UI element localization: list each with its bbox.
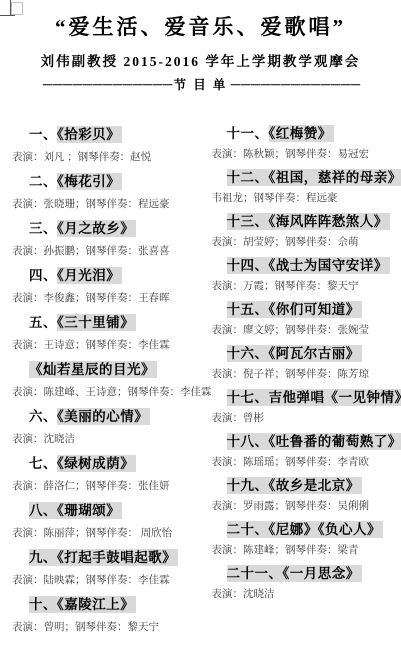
song-title-line: 十二、《祖国，慈祥的母亲》	[212, 166, 401, 189]
song-title-line: 二十、《尼娜》《负心人》	[212, 518, 401, 541]
song-number: 十一、	[227, 126, 269, 141]
program-entry: 十七、吉他弹唱《一见钟情》 表演：曾彬	[212, 386, 401, 430]
program-entry: 八、《珊瑚颂》 表演：陈丽萍；钢琴伴奏： 周欣怡	[12, 498, 203, 545]
performer-line: 韦祖龙；钢琴伴奏：程远豪	[212, 189, 401, 209]
section-divider: －－－－－－－－－－－－－节 目 单－－－－－－－－－－－－－	[0, 77, 401, 93]
performer-line: 表演：倪子祥；钢琴伴奏：陈芳琼	[212, 365, 401, 385]
song-title-line: 八、《珊瑚颂》	[12, 498, 203, 523]
song-title: 十五、《你们可知道》	[227, 301, 362, 318]
program-entry: 九、《打起手鼓唱起歌》 表演：陆映霖；钢琴伴奏：李佳霖	[12, 545, 203, 592]
song-number: 七、	[29, 456, 57, 471]
song-title-line: 十八、《吐鲁番的葡萄熟了》	[212, 430, 401, 453]
performer-line: 表演：陈建峰；钢琴伴奏：梁青	[212, 541, 401, 561]
song-title-line: 十四、《战士为国守安详》	[212, 254, 401, 277]
program-entry: 二、《梅花引》 表演：张晓珊；钢琴伴奏：程远豪	[12, 169, 203, 216]
song-title: 《梅花引》	[57, 173, 122, 190]
performer-line: 表演：罗雨露；钢琴伴奏：吴俐俐	[212, 497, 401, 517]
song-title-line: 十一、《红梅赞》	[212, 122, 401, 145]
song-number: 六、	[29, 409, 57, 424]
song-title-line: 十五、《你们可知道》	[212, 298, 401, 321]
program-entry: 二十、《尼娜》《负心人》 表演：陈建峰；钢琴伴奏：梁青	[212, 518, 401, 562]
song-title: 八、《珊瑚颂》	[29, 502, 122, 519]
song-title: 《三十里铺》	[57, 314, 136, 331]
performer-line: 表演：孙振鹏；钢琴伴奏：张喜喜	[12, 241, 203, 262]
program-entry: 十八、《吐鲁番的葡萄熟了》 表演：陈瑶瑶；钢琴伴奏：李青欧	[212, 430, 401, 474]
table-corner-hline	[0, 15, 15, 16]
song-title: 十六、《阿瓦尔古丽》	[227, 345, 362, 362]
performer-line: 表演：陈秋颖；钢琴伴奏：易冠宏	[212, 145, 401, 165]
performer-line: 表演：陈建峰、王诗意；钢琴伴奏：李佳霖	[12, 382, 203, 403]
song-title: 二十一、《一月思念》	[227, 565, 362, 582]
song-title-line: 九、《打起手鼓唱起歌》	[12, 545, 203, 570]
song-title-line: 四、《月光泪》	[12, 263, 203, 288]
song-title: 《红梅赞》	[269, 125, 334, 142]
song-title: 《月之故乡》	[57, 220, 136, 237]
program-column-left: 一、《拾彩贝》 表演：刘凡 ；钢琴伴奏：赵悦 二、《梅花引》 表演：张晓珊；钢琴…	[0, 122, 203, 639]
performer-line: 表演：陈丽萍；钢琴伴奏： 周欣怡	[12, 523, 203, 544]
song-title-line: 《灿若星辰的目光》	[12, 357, 203, 382]
program-entry: 二十一、《一月思念》 表演：沈晓洁	[212, 562, 401, 606]
song-title-line: 六、《美丽的心情》	[12, 404, 203, 429]
song-title: 十八、《吐鲁番的葡萄熟了》	[227, 433, 401, 450]
song-title-line: 七、《绿树成荫》	[12, 451, 203, 476]
song-title-line: 二十一、《一月思念》	[212, 562, 401, 585]
performer-line: 表演：曾彬	[212, 409, 401, 429]
song-title-line: 十六、《阿瓦尔古丽》	[212, 342, 401, 365]
song-number: 一、	[29, 127, 57, 142]
table-corner-box	[11, 2, 23, 15]
program-column-right: 十一、《红梅赞》 表演：陈秋颖；钢琴伴奏：易冠宏 十二、《祖国，慈祥的母亲》 韦…	[203, 122, 401, 639]
performer-line: 表演：张晓珊；钢琴伴奏：程远豪	[12, 194, 203, 215]
program-page: “爱生活、爱音乐、爱歌唱” 刘伟副教授 2015-2016 学年上学期教学观摩会…	[0, 0, 401, 653]
song-number: 四、	[29, 268, 57, 283]
song-title-line: 十三、《海风阵阵愁煞人》	[212, 210, 401, 233]
performer-line: 表演：李俊鑫；钢琴伴奏：王春晖	[12, 288, 203, 309]
performer-line: 表演：沈晓洁	[12, 429, 203, 450]
song-title-line: 三、《月之故乡》	[12, 216, 203, 241]
song-number: 五、	[29, 315, 57, 330]
program-entry: 十、《嘉陵江上》 表演：曾明；钢琴伴奏：黎天宁	[12, 592, 203, 639]
song-number: 三、	[29, 221, 57, 236]
program-entry: 四、《月光泪》 表演：李俊鑫；钢琴伴奏：王春晖	[12, 263, 203, 310]
performer-line: 表演：刘凡 ；钢琴伴奏：赵悦	[12, 147, 203, 168]
song-title-line: 十九、《故乡是北京》	[212, 474, 401, 497]
performer-line: 表演：胡莹婷；钢琴伴奏：佘萌	[212, 233, 401, 253]
program-entry: 六、《美丽的心情》 表演：沈晓洁	[12, 404, 203, 451]
program-entry: 十三、《海风阵阵愁煞人》 表演：胡莹婷；钢琴伴奏：佘萌	[212, 210, 401, 254]
song-title: 九、《打起手鼓唱起歌》	[29, 549, 178, 566]
song-title: 《拾彩贝》	[57, 126, 122, 143]
song-title: 二十、《尼娜》《负心人》	[227, 521, 384, 538]
program-entry: 三、《月之故乡》 表演：孙振鹏；钢琴伴奏：张喜喜	[12, 216, 203, 263]
performer-line: 表演：陈瑶瑶；钢琴伴奏：李青欧	[212, 453, 401, 473]
performer-line: 表演：王诗意；钢琴伴奏：李佳霖	[12, 335, 203, 356]
song-title: 《美丽的心情》	[57, 408, 150, 425]
song-number: 二、	[29, 174, 57, 189]
program-entry: 十六、《阿瓦尔古丽》 表演：倪子祥；钢琴伴奏：陈芳琼	[212, 342, 401, 386]
performer-line: 表演：沈晓洁	[212, 585, 401, 605]
program-entry: 七、《绿树成荫》 表演：薛洛仁；钢琴伴奏：张佳妍	[12, 451, 203, 498]
table-corner-handle-icon	[0, 0, 26, 18]
song-title: 《绿树成荫》	[57, 455, 136, 472]
program-entry: 五、《三十里铺》 表演：王诗意；钢琴伴奏：李佳霖	[12, 310, 203, 357]
divider-dashes-left: －－－－－－－－－－－－－	[42, 78, 172, 92]
performer-line: 表演：曾明；钢琴伴奏：黎天宁	[12, 617, 203, 638]
program-columns: 一、《拾彩贝》 表演：刘凡 ；钢琴伴奏：赵悦 二、《梅花引》 表演：张晓珊；钢琴…	[0, 122, 401, 639]
program-entry: 十四、《战士为国守安详》 表演：万霞；钢琴伴奏：黎天宁	[212, 254, 401, 298]
program-entry: 十九、《故乡是北京》 表演：罗雨露；钢琴伴奏：吴俐俐	[212, 474, 401, 518]
song-title: 《灿若星辰的目光》	[29, 361, 157, 378]
divider-label: 节 目 单	[172, 78, 230, 92]
song-title: 十三、《海风阵阵愁煞人》	[227, 213, 390, 230]
performer-line: 表演：廖文婷；钢琴伴奏：张婉莹	[212, 321, 401, 341]
song-title-line: 十七、吉他弹唱《一见钟情》	[212, 386, 401, 409]
performer-line: 表演：薛洛仁；钢琴伴奏：张佳妍	[12, 476, 203, 497]
song-title: 《月光泪》	[57, 267, 122, 284]
page-title: “爱生活、爱音乐、爱歌唱”	[0, 13, 401, 41]
song-title: 十二、《祖国，慈祥的母亲》	[227, 169, 401, 186]
divider-dashes-right: －－－－－－－－－－－－－	[229, 78, 359, 92]
song-title: 十、《嘉陵江上》	[29, 596, 136, 613]
program-entry: 一、《拾彩贝》 表演：刘凡 ；钢琴伴奏：赵悦	[12, 122, 203, 169]
song-title-line: 十、《嘉陵江上》	[12, 592, 203, 617]
song-title-line: 五、《三十里铺》	[12, 310, 203, 335]
program-entry: 十二、《祖国，慈祥的母亲》 韦祖龙；钢琴伴奏：程远豪	[212, 166, 401, 210]
page-subtitle: 刘伟副教授 2015-2016 学年上学期教学观摩会	[0, 52, 401, 71]
song-title: 十七、吉他弹唱《一见钟情》	[227, 389, 401, 406]
song-title: 十九、《故乡是北京》	[227, 477, 362, 494]
song-title-line: 一、《拾彩贝》	[12, 122, 203, 147]
program-entry: 十五、《你们可知道》 表演：廖文婷；钢琴伴奏：张婉莹	[212, 298, 401, 342]
song-title: 十四、《战士为国守安详》	[227, 257, 390, 274]
performer-line: 表演：万霞；钢琴伴奏：黎天宁	[212, 277, 401, 297]
program-entry: 十一、《红梅赞》 表演：陈秋颖；钢琴伴奏：易冠宏	[212, 122, 401, 166]
program-entry: 《灿若星辰的目光》 表演：陈建峰、王诗意；钢琴伴奏：李佳霖	[12, 357, 203, 404]
performer-line: 表演：陆映霖；钢琴伴奏：李佳霖	[12, 570, 203, 591]
song-title-line: 二、《梅花引》	[12, 169, 203, 194]
